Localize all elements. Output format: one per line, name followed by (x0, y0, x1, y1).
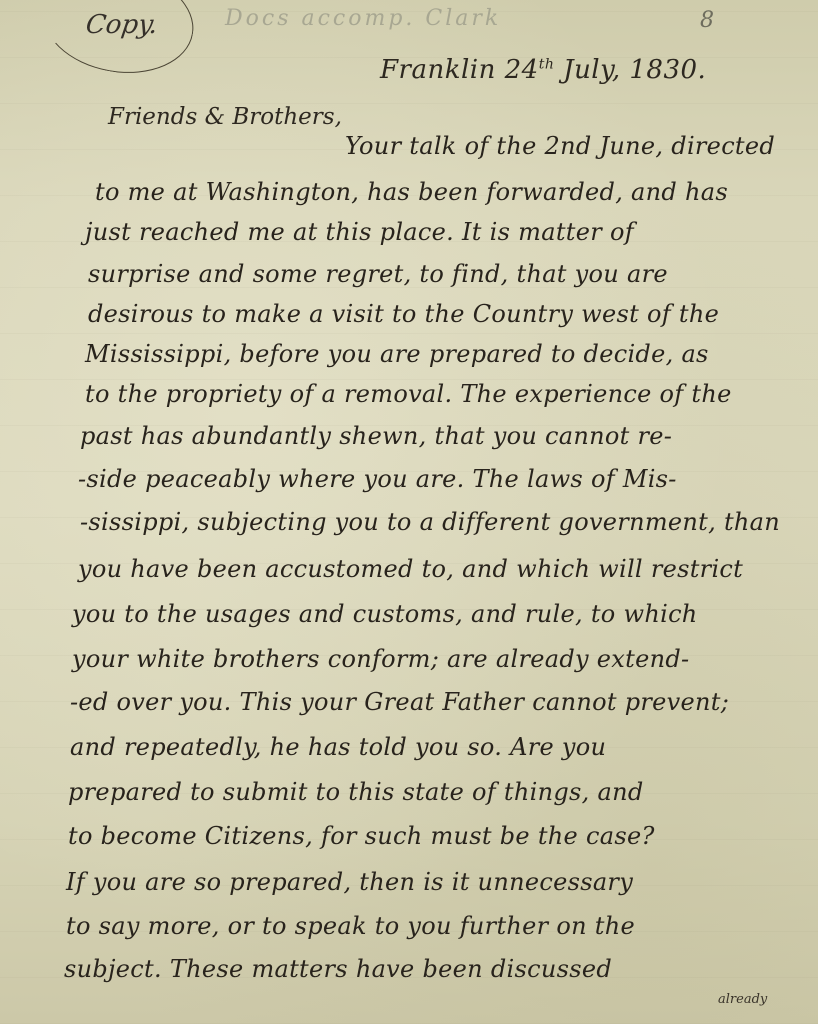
letter-line: -ed over you. This your Great Father can… (70, 688, 729, 716)
letter-line: surprise and some regret, to find, that … (88, 260, 668, 288)
letter-line: you have been accustomed to, and which w… (78, 555, 743, 583)
catchword: already (718, 992, 767, 1007)
letter-line: your white brothers conform; are already… (72, 645, 689, 673)
letter-line: Mississippi, before you are prepared to … (85, 340, 709, 368)
letter-line: you to the usages and customs, and rule,… (72, 600, 698, 628)
pencil-annotation: Docs accomp. Clark (225, 6, 501, 31)
dateline-day-suffix: th (539, 56, 555, 72)
letter-line: to me at Washington, has been forwarded,… (95, 178, 728, 206)
letter-line: -side peaceably where you are. The laws … (78, 465, 677, 493)
letter-line: just reached me at this place. It is mat… (85, 218, 634, 246)
letter-line: to say more, or to speak to you further … (66, 912, 635, 940)
letter-line: subject. These matters have been discuss… (64, 955, 612, 983)
pencil-page-number: 8 (700, 8, 714, 33)
letter-line: past has abundantly shewn, that you cann… (80, 422, 672, 450)
manuscript-page: Copy. Docs accomp. Clark 8 Franklin 24th… (0, 0, 818, 1024)
letter-line: desirous to make a visit to the Country … (88, 300, 719, 328)
letter-line: to become Citizens, for such must be the… (68, 822, 655, 850)
salutation: Friends & Brothers, (108, 104, 342, 130)
letter-line: Your talk of the 2nd June, directed (345, 132, 775, 160)
copy-label: Copy. (84, 10, 160, 40)
dateline-month-year: July, 1830. (563, 55, 706, 85)
letter-line: to the propriety of a removal. The exper… (85, 380, 732, 408)
letter-line: prepared to submit to this state of thin… (68, 778, 644, 806)
letter-line: and repeatedly, he has told you so. Are … (70, 733, 606, 761)
letter-line: -sissippi, subjecting you to a different… (80, 508, 780, 536)
dateline-day: 24 (505, 55, 539, 85)
letter-line: If you are so prepared, then is it unnec… (66, 868, 633, 896)
dateline-place: Franklin (380, 55, 496, 85)
dateline: Franklin 24th July, 1830. (380, 55, 706, 85)
